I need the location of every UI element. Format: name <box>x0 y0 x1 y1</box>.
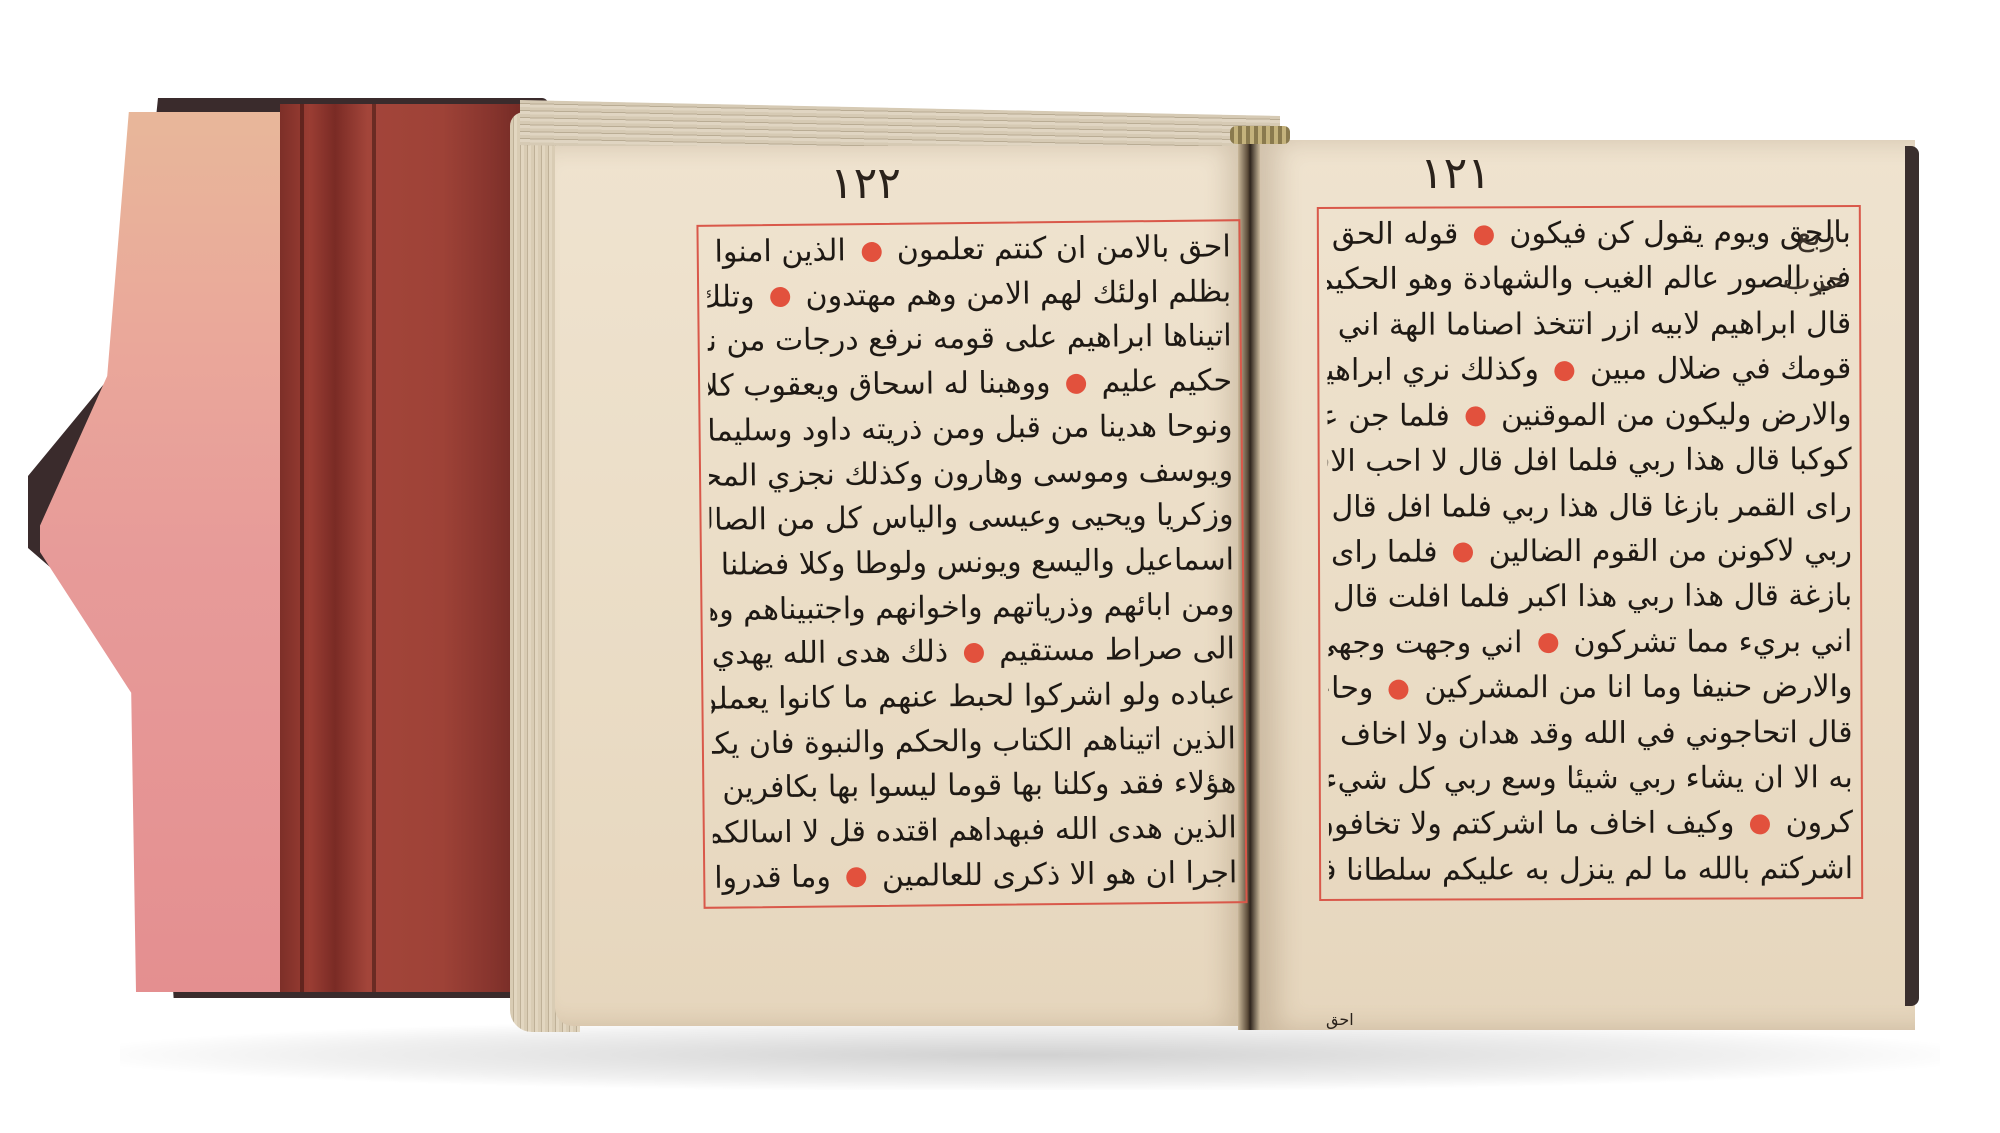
folio-number-right: ١٢١ <box>1420 148 1491 199</box>
text-line: اني بريء مما تشركون اني وجهت وجهي للذي ف… <box>1328 622 1852 666</box>
text-line: هؤلاء فقد وكلنا بها قوما ليسوا بها بكافر… <box>712 764 1236 811</box>
text-line: والارض وليكون من الموقنين فلما جن عليه ا… <box>1327 395 1851 439</box>
text-line: عباده ولو اشركوا لحبط عنهم ما كانوا يعمل… <box>711 674 1235 721</box>
text-line: بظلم اولئك لهم الامن وهم مهتدون وتلك حجت… <box>707 272 1231 319</box>
red-cloth-board <box>280 104 530 992</box>
text-line: به الا ان يشاء ربي شيئا وسع ربي كل شيء ع… <box>1329 758 1853 802</box>
text-line: قومك في ضلال مبين وكذلك نري ابراهيم ملكو… <box>1327 349 1851 393</box>
text-line: اتيناها ابراهيم على قومه نرفع درجات من ن… <box>707 317 1231 364</box>
margin-note-rub: ربع <box>1786 214 1846 258</box>
text-lines-right: بالحق ويوم يقول كن فيكون قوله الحق وله ا… <box>1327 213 1853 893</box>
text-line: احق بالامن ان كنتم تعلمون الذين امنوا ول… <box>707 227 1231 274</box>
margin-note-hizb: ربع حزب <box>1786 214 1846 302</box>
text-line: ومن ابائهم وذرياتهم واخوانهم واجتبيناهم … <box>710 585 1234 632</box>
text-line: ويوسف وموسى وهارون وكذلك نجزي المحسنين <box>709 451 1233 498</box>
text-line: اسماعيل واليسع ويونس ولوطا وكلا فضلنا عل… <box>710 540 1234 587</box>
text-line: ربي لاكونن من القوم الضالين فلما راى الش… <box>1328 531 1852 575</box>
text-line: اشركتم بالله ما لم ينزل به عليكم سلطانا … <box>1329 849 1853 893</box>
verse-marker-icon <box>1465 407 1485 427</box>
text-line: بازغة قال هذا ربي هذا اكبر فلما افلت قال… <box>1328 576 1852 620</box>
pink-envelope-flap <box>40 112 280 992</box>
verse-marker-icon <box>1474 225 1494 245</box>
text-line: وزكريا ويحيى وعيسى والياس كل من الصالحين… <box>709 495 1233 542</box>
margin-note-hizb-label: حزب <box>1786 258 1846 302</box>
verse-marker-icon <box>770 287 790 307</box>
text-line: في الصور عالم الغيب والشهادة وهو الحكيم … <box>1327 259 1851 303</box>
text-line: والارض حنيفا وما انا من المشركين وحاجه ق… <box>1328 667 1852 711</box>
text-frame-right: بالحق ويوم يقول كن فيكون قوله الحق وله ا… <box>1317 205 1863 901</box>
text-line: قال اتحاجوني في الله وقد هدان ولا اخاف م… <box>1329 713 1853 757</box>
text-lines-left: احق بالامن ان كنتم تعلمون الذين امنوا ول… <box>707 227 1238 900</box>
text-line: كرون وكيف اخاف ما اشركتم ولا تخافون انكم <box>1329 804 1853 848</box>
verse-marker-icon <box>964 643 984 663</box>
text-frame-left: احق بالامن ان كنتم تعلمون الذين امنوا ول… <box>696 219 1247 909</box>
verse-marker-icon <box>1554 361 1574 381</box>
verse-marker-icon <box>846 867 866 887</box>
verse-marker-icon <box>1066 373 1086 393</box>
headband <box>1230 126 1290 144</box>
text-line: بالحق ويوم يقول كن فيكون قوله الحق وله ا… <box>1327 213 1851 257</box>
folio-number-left: ١٢٢ <box>830 158 901 209</box>
board-fold-line <box>372 104 376 992</box>
verse-marker-icon <box>1453 543 1473 563</box>
text-line: اجرا ان هو الا ذكرى للعالمين وما قدروا ا… <box>713 853 1237 900</box>
text-line: الذين هدى الله فبهداهم اقتده قل لا اسالك… <box>713 808 1237 855</box>
drop-shadow <box>120 1020 1940 1090</box>
text-line: كوكبا قال هذا ربي فلما افل قال لا احب ال… <box>1328 440 1852 484</box>
back-cover-edge <box>1905 146 1919 1006</box>
text-line: الى صراط مستقيم ذلك هدى الله يهدي به من … <box>711 630 1235 677</box>
text-line: راى القمر بازغا قال هذا ربي فلما افل قال… <box>1328 486 1852 530</box>
text-line: ونوحا هدينا من قبل ومن ذريته داود وسليما… <box>708 406 1232 453</box>
verse-marker-icon <box>861 241 881 261</box>
text-line: حكيم عليم ووهبنا له اسحاق ويعقوب كلا هدي… <box>708 361 1232 408</box>
text-line: قال ابراهيم لابيه ازر اتتخذ اصناما الهة … <box>1327 304 1851 348</box>
text-line: الذين اتيناهم الكتاب والحكم والنبوة فان … <box>712 719 1236 766</box>
catchword: احق <box>1326 1010 1354 1029</box>
board-fold-line <box>300 104 304 992</box>
verse-marker-icon <box>1389 679 1409 699</box>
verse-marker-icon <box>1538 633 1558 653</box>
verse-marker-icon <box>1750 814 1770 834</box>
manuscript-photo: ١٢٢ ١٢١ احق بالامن ان كنتم تعلمون الذين … <box>0 0 2000 1133</box>
